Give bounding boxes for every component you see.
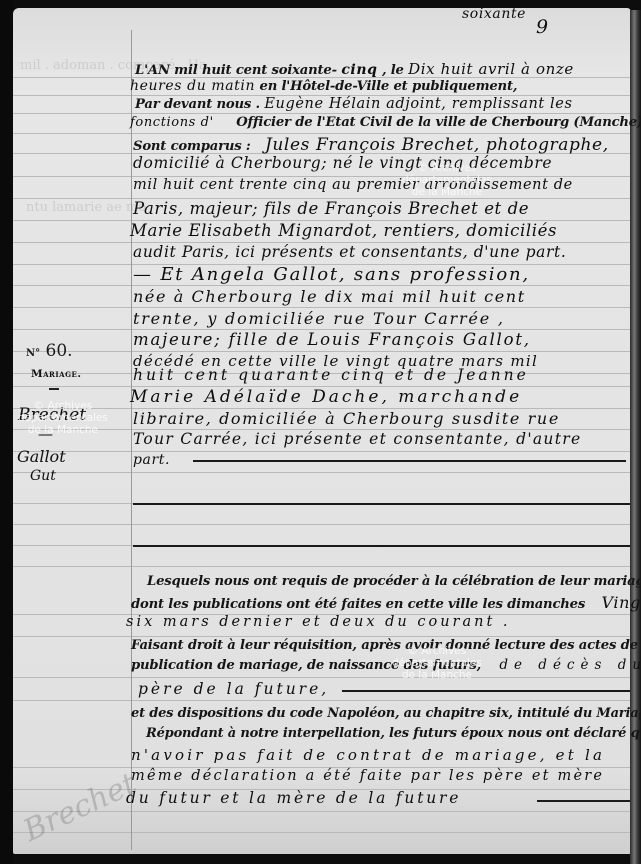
printed-text: Sont comparus : bbox=[133, 139, 251, 154]
body-line: part. bbox=[133, 452, 170, 468]
body-line: Lesquels nous ont requis de procéder à l… bbox=[147, 574, 641, 589]
ruled-line bbox=[13, 700, 630, 701]
ruled-line bbox=[13, 636, 630, 637]
body-line: publication de mariage, de naissance des… bbox=[131, 657, 641, 673]
act-number-label: N° bbox=[26, 348, 40, 359]
header-note: soixante bbox=[462, 6, 526, 22]
handwritten-text: cinq bbox=[341, 62, 377, 78]
watermark-line: de la Manche bbox=[402, 186, 492, 198]
act-number-value: 60. bbox=[46, 341, 73, 361]
closing-rule bbox=[537, 800, 630, 802]
printed-text: dont les publications ont été faites en … bbox=[131, 597, 585, 612]
body-line: même déclaration a été faite par les pèr… bbox=[131, 768, 604, 784]
body-line: dont les publications ont été faites en … bbox=[131, 593, 641, 612]
body-line: huit cent quarante cinq et de Jeanne bbox=[133, 366, 529, 384]
ruled-line bbox=[13, 524, 630, 525]
scan-border-left bbox=[0, 0, 13, 864]
watermark-line: départementales bbox=[18, 412, 108, 424]
margin-annotation: Gut bbox=[30, 468, 56, 484]
watermark-line: de la Manche bbox=[18, 424, 108, 436]
printed-text: , le bbox=[382, 63, 404, 78]
body-line: majeure; fille de Louis François Gallot, bbox=[133, 330, 531, 349]
body-line: libraire, domiciliée à Cherbourg susdite… bbox=[133, 409, 560, 428]
printed-text: Par devant nous . bbox=[135, 97, 260, 112]
page-number: 9 bbox=[536, 16, 549, 38]
ruled-line bbox=[13, 285, 630, 286]
body-line: Sont comparus : Jules François Brechet, … bbox=[133, 135, 609, 155]
handwritten-text: fonctions d' bbox=[130, 115, 214, 130]
body-line: Marie Adélaïde Dache, marchande bbox=[130, 387, 522, 407]
ruled-line bbox=[13, 451, 630, 452]
body-line: six mars dernier et deux du courant . bbox=[126, 614, 511, 630]
ruled-line bbox=[13, 307, 630, 308]
margin-rule bbox=[131, 30, 132, 850]
closing-rule bbox=[342, 690, 630, 692]
body-line: — Et Angela Gallot, sans profession, bbox=[133, 264, 530, 285]
watermark-line: départementales bbox=[392, 657, 482, 669]
handwritten-text: Vingt bbox=[601, 593, 641, 612]
ruled-line bbox=[13, 566, 630, 567]
divider bbox=[49, 388, 59, 390]
strike-rule bbox=[133, 503, 630, 505]
body-line: trente, y domiciliée rue Tour Carrée , bbox=[133, 309, 505, 328]
body-line: Marie Elisabeth Mignardot, rentiers, dom… bbox=[130, 221, 557, 240]
scanned-register-page: mil . adoman . comparé . Ha ntu lamarie … bbox=[0, 0, 641, 864]
printed-text: L'AN mil huit cent soixante- bbox=[135, 63, 337, 78]
watermark-line: de la Manche bbox=[392, 669, 482, 681]
watermark-line: © Archives bbox=[402, 162, 492, 174]
ruled-line bbox=[13, 677, 630, 678]
body-line: Par devant nous . Eugène Hélain adjoint,… bbox=[135, 96, 573, 112]
printed-text: en l'Hôtel-de-Ville et publiquement, bbox=[260, 79, 518, 94]
body-line: née à Cherbourg le dix mai mil huit cent bbox=[133, 287, 526, 306]
body-line: Tour Carrée, ici présente et consentante… bbox=[133, 430, 581, 448]
ruled-line bbox=[13, 113, 630, 114]
handwritten-text: Dix huit avril à onze bbox=[408, 60, 574, 78]
closing-rule bbox=[193, 460, 626, 462]
handwritten-text: Eugène Hélain adjoint, remplissant les bbox=[264, 96, 572, 112]
watermark: © Archives départementales de la Manche bbox=[402, 162, 492, 198]
handwritten-text: de décès du bbox=[499, 657, 641, 673]
handwritten-text: heures du matin bbox=[130, 78, 255, 94]
act-number: N° 60. bbox=[26, 341, 73, 361]
body-line: Paris, majeur; fils de François Brechet … bbox=[133, 199, 529, 218]
body-line: n'avoir pas fait de contrat de mariage, … bbox=[131, 746, 605, 764]
strike-rule bbox=[133, 545, 630, 547]
bleed-through-text: ntu lamarie ae mo bbox=[26, 200, 146, 215]
handwritten-text: Jules François Brechet, photographe, bbox=[265, 135, 609, 155]
watermark: © Archives départementales de la Manche bbox=[18, 400, 108, 436]
body-line: L'AN mil huit cent soixante- cinq , le D… bbox=[135, 60, 574, 78]
body-line: mil huit cent trente cinq au premier arr… bbox=[133, 177, 573, 193]
printed-text: Officier de l'Etat Civil de la ville de … bbox=[236, 115, 641, 130]
margin-bride-surname: Gallot bbox=[17, 447, 66, 466]
body-line: audit Paris, ici présents et consentants… bbox=[133, 243, 566, 261]
ruled-line bbox=[13, 832, 630, 833]
body-line: père de la future, bbox=[138, 680, 329, 698]
watermark: © Archives départementales de la Manche bbox=[392, 645, 482, 681]
watermark-line: départementales bbox=[402, 174, 492, 186]
ruled-line bbox=[13, 133, 630, 134]
body-line: Répondant à notre interpellation, les fu… bbox=[146, 726, 641, 741]
body-line: du futur et la mère de la future bbox=[126, 789, 461, 807]
body-line: heures du matin en l'Hôtel-de-Ville et p… bbox=[130, 78, 517, 94]
act-type: Mariage. bbox=[31, 368, 82, 380]
ruled-line bbox=[13, 472, 630, 473]
watermark-line: © Archives bbox=[18, 400, 108, 412]
body-line: fonctions d' Officier de l'Etat Civil de… bbox=[130, 115, 641, 130]
body-line: Faisant droit à leur réquisition, après … bbox=[131, 638, 638, 653]
body-line: et des dispositions du code Napoléon, au… bbox=[131, 706, 641, 721]
watermark-line: © Archives bbox=[392, 645, 482, 657]
